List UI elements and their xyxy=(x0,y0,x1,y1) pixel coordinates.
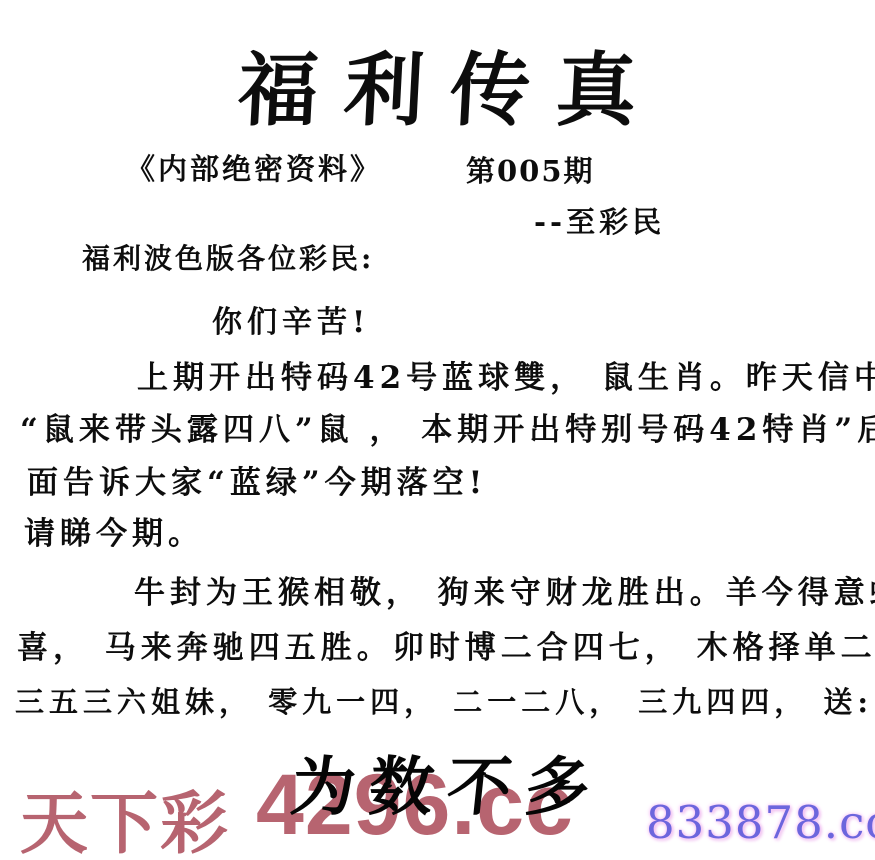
intro-line-3: 面告诉大家“蓝绿”今期落空! xyxy=(27,457,487,502)
signoff-to-bettors: --至彩民 xyxy=(534,200,665,241)
poem-line-2: 喜， 马来奔驰四五胜。卯时博二合四七， 木格择单二三八。 xyxy=(17,622,875,667)
overlay-calligraphy: 为数不多 xyxy=(287,736,609,828)
intro-line-1: 上期开出特码42号蓝球雙， 鼠生肖。昨天信中提供 xyxy=(137,352,875,397)
poem-line-3: 三五三六姐妹， 零九一四， 二一二八， 三九四四， 送: 蓝绿 xyxy=(15,680,875,721)
intro-line-4: 请睇今期。 xyxy=(24,508,204,553)
greeting: 你们辛苦! xyxy=(212,297,370,341)
watermark-brand-name: 天下彩 xyxy=(20,770,230,860)
fax-document: 福利传真 《内部绝密资料》 第005期 --至彩民 福利波色版各位彩民: 你们辛… xyxy=(0,0,875,860)
intro-line-2: “鼠来带头露四八”鼠 ， 本期开出特别号码42特肖”后 xyxy=(20,404,875,449)
source-label: 《内部绝密资料》 xyxy=(126,147,382,188)
issue-number: 第005期 xyxy=(466,149,595,190)
poem-line-1: 牛封为王猴相敬， 狗来守财龙胜出。羊今得意蛇欢 xyxy=(134,567,875,612)
salutation: 福利波色版各位彩民: xyxy=(82,237,374,277)
page-title: 福利传真 xyxy=(0,26,875,141)
watermark-domain-right: 833878.com xyxy=(646,796,875,849)
